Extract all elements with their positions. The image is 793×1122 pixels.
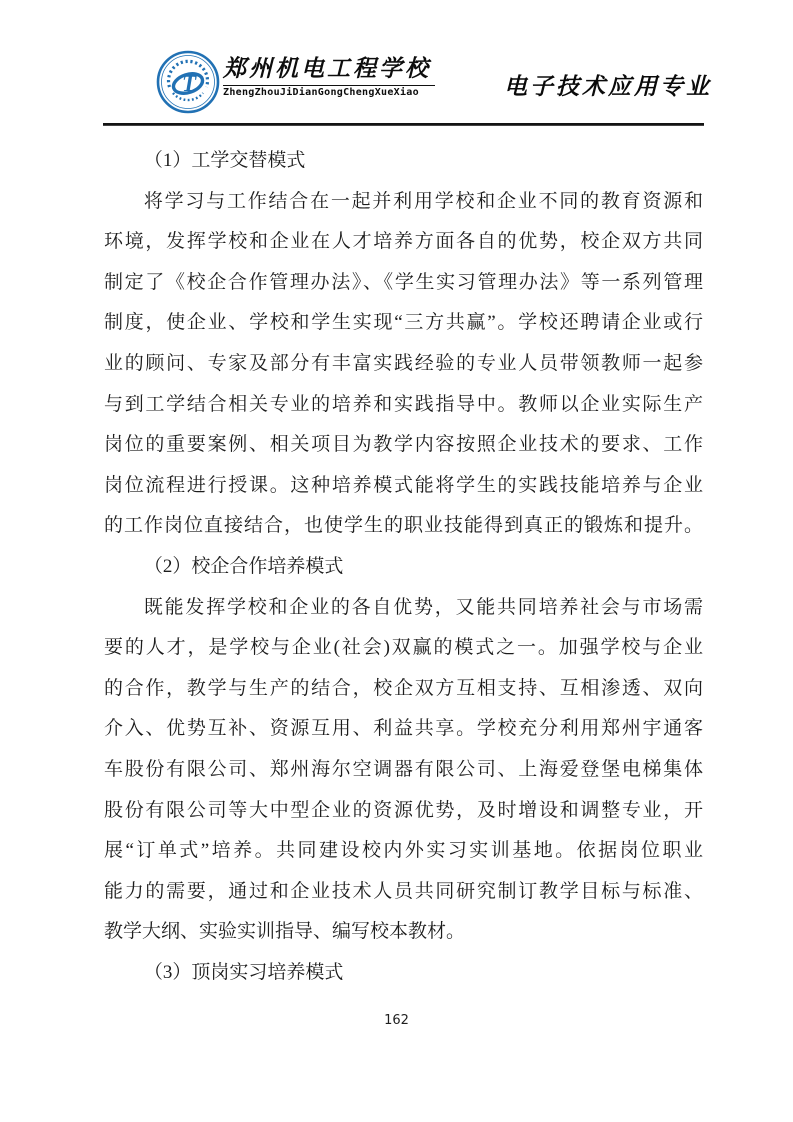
svg-text:T: T xyxy=(182,71,197,96)
text-line: （3）顶岗实习培养模式 xyxy=(104,953,703,994)
school-name: 郑州机电工程学校 xyxy=(223,56,437,82)
text-line: 业的顾问、专家及部分有丰富实践经验的专业人员带领教师一起参 xyxy=(104,344,703,385)
text-line: 环境，发挥学校和企业在人才培养方面各自的优势，校企双方共同 xyxy=(104,222,703,263)
document-body: （1）工学交替模式 将学习与工作结合在一起并利用学校和企业不同的教育资源和 环境… xyxy=(104,141,703,993)
text-line: 的工作岗位直接结合，也使学生的职业技能得到真正的锻炼和提升。 xyxy=(104,506,703,547)
school-name-underline xyxy=(223,85,435,86)
text-line: 股份有限公司等大中型企业的资源优势，及时增设和调整专业，开 xyxy=(104,791,703,832)
document-page: T 郑州机电工程学校 ZhengZhouJiDianGongChengXueXi… xyxy=(0,0,793,1122)
text-line: 的合作，教学与生产的结合，校企双方互相支持、互相渗透、双向 xyxy=(104,669,703,710)
text-line: 能力的需要，通过和企业技术人员共同研究制订教学目标与标准、 xyxy=(104,872,703,913)
text-line: 车股份有限公司、郑州海尔空调器有限公司、上海爱登堡电梯集体 xyxy=(104,750,703,791)
text-line: 岗位流程进行授课。这种培养模式能将学生的实践技能培养与企业 xyxy=(104,466,703,507)
text-line: （2）校企合作培养模式 xyxy=(104,547,703,588)
text-line: 将学习与工作结合在一起并利用学校和企业不同的教育资源和 xyxy=(104,182,703,223)
text-line: 制定了《校企合作管理办法》、《学生实习管理办法》等一系列管理 xyxy=(104,263,703,304)
text-line: （1）工学交替模式 xyxy=(104,141,703,182)
text-line: 教学大纲、实验实训指导、编写校本教材。 xyxy=(104,912,703,953)
text-line: 展“订单式”培养。共同建设校内外实习实训基地。依据岗位职业 xyxy=(104,831,703,872)
text-line: 岗位的重要案例、相关项目为教学内容按照企业技术的要求、工作 xyxy=(104,425,703,466)
school-name-block: 郑州机电工程学校 ZhengZhouJiDianGongChengXueXiao xyxy=(223,56,437,98)
major-title: 电子技术应用专业 xyxy=(504,68,712,101)
text-line: 与到工学结合相关专业的培养和实践指导中。教师以企业实际生产 xyxy=(104,385,703,426)
text-line: 既能发挥学校和企业的各自优势，又能共同培养社会与市场需 xyxy=(104,588,703,629)
text-line: 介入、优势互补、资源互用、利益共享。学校充分利用郑州宇通客 xyxy=(104,709,703,750)
page-number: 162 xyxy=(0,1013,793,1028)
school-pinyin: ZhengZhouJiDianGongChengXueXiao xyxy=(223,87,437,98)
header-rule xyxy=(103,123,704,126)
text-line: 要的人才，是学校与企业(社会)双赢的模式之一。加强学校与企业 xyxy=(104,628,703,669)
school-logo-icon: T xyxy=(156,50,220,114)
text-line: 制度，使企业、学校和学生实现“三方共赢”。学校还聘请企业或行 xyxy=(104,303,703,344)
